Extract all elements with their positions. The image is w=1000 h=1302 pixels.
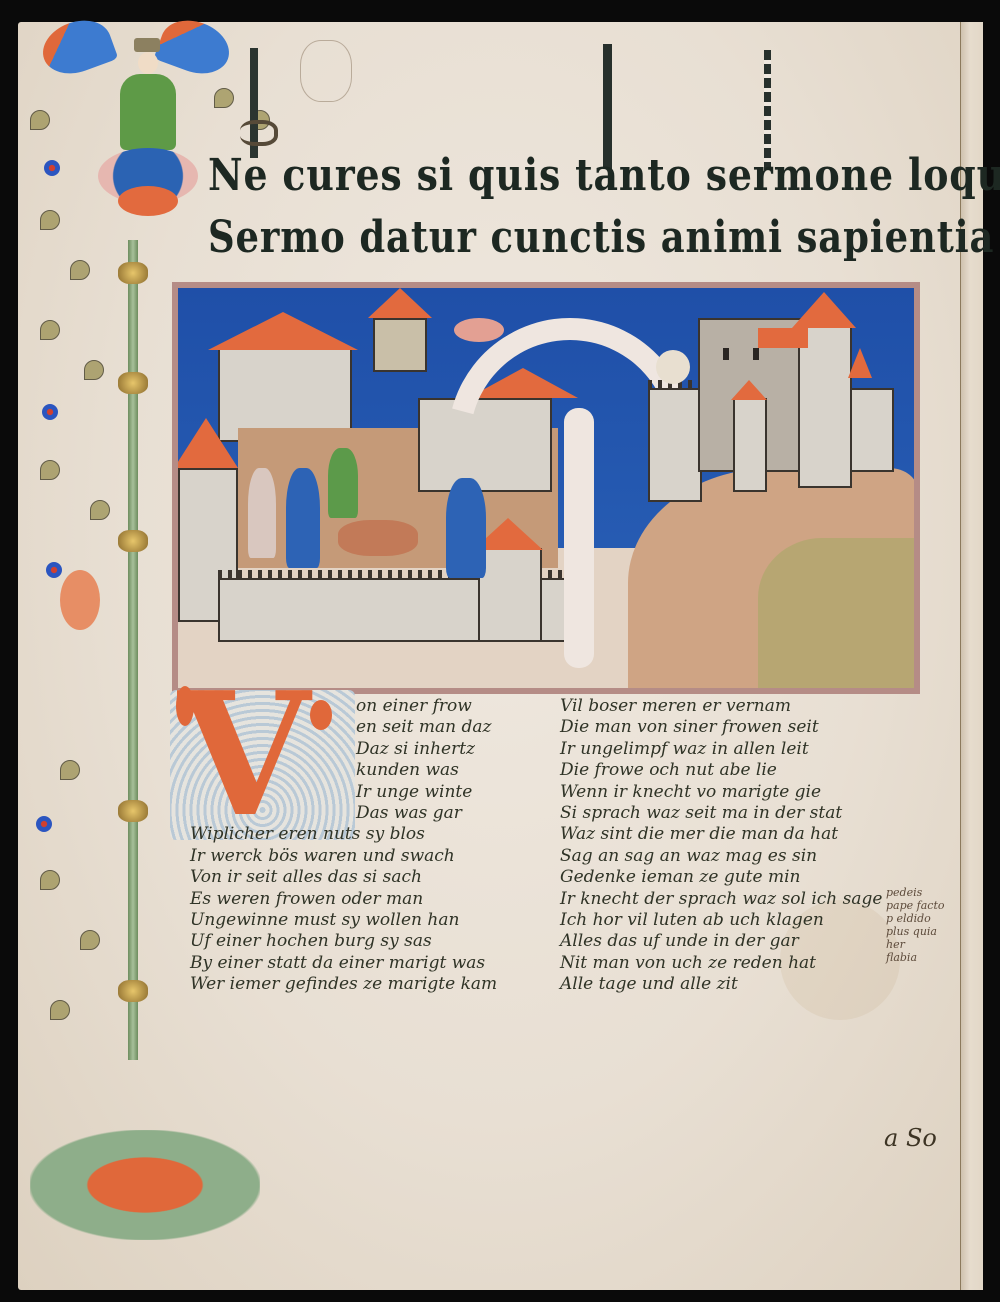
lady-in-tower-icon	[656, 350, 690, 384]
leaf-icon	[50, 1000, 70, 1020]
angel-gown-icon	[120, 74, 176, 150]
figure-townsman	[248, 468, 276, 558]
verse-line: By einer statt da einer marigt was	[190, 953, 497, 974]
banderole-end	[454, 318, 504, 342]
border-stem	[128, 240, 138, 1060]
marginal-sketch-icon	[300, 40, 352, 102]
blue-flower-icon	[36, 816, 52, 832]
verse-line: Wenn ir knecht vo marigte gie	[560, 782, 882, 803]
leaf-icon	[40, 460, 60, 480]
leaf-icon	[40, 210, 60, 230]
gold-knot-icon	[118, 800, 148, 822]
leaf-icon	[30, 110, 50, 130]
leaf-icon	[84, 360, 104, 380]
verse-line: Uf einer hochen burg sy sas	[190, 931, 497, 952]
header-line-2: Sermo datur cunctis animi sapientia pauc…	[208, 212, 1000, 263]
verse-line: Waz sint die mer die man da hat	[560, 824, 882, 845]
castle-spire	[848, 348, 872, 378]
marginal-note-line: flabia	[886, 951, 944, 964]
gold-knot-icon	[118, 372, 148, 394]
verse-line: kunden was	[190, 760, 497, 781]
town-tower-roof	[368, 288, 432, 318]
catchword: a So	[884, 1124, 937, 1152]
castle-tower-left	[648, 388, 702, 502]
blue-flower-icon	[44, 160, 60, 176]
leaf-icon	[214, 88, 234, 108]
verse-line: Ir werck bös waren und swach	[190, 846, 497, 867]
castle-roof-tiles	[758, 328, 808, 348]
town-tower	[373, 318, 427, 372]
castle-small-roof	[731, 380, 767, 400]
castle-tower-roof	[792, 292, 856, 328]
verse-line: Ir unge winte	[190, 782, 497, 803]
hill-grass	[758, 538, 918, 688]
verse-line: Daz si inhertz	[190, 739, 497, 760]
verse-line: en seit man daz	[190, 717, 497, 738]
leaf-icon	[40, 320, 60, 340]
leaf-icon	[40, 870, 60, 890]
town-roof	[208, 312, 358, 350]
figure-blue-robe	[286, 468, 320, 568]
verse-line: Alles das uf unde in der gar	[560, 931, 882, 952]
verse-line: Ir knecht der sprach waz sol ich sage	[560, 889, 882, 910]
angel-face-icon	[138, 52, 158, 74]
leaf-icon	[70, 260, 90, 280]
leaf-icon	[80, 930, 100, 950]
marginal-note-line: pedeis	[886, 886, 944, 899]
verse-line: Alle tage und alle zit	[560, 974, 882, 995]
crown-icon	[134, 38, 160, 52]
gate-tower-roof	[174, 418, 238, 468]
verse-line: Vil boser meren er vernam	[560, 696, 882, 717]
castle-window	[753, 348, 759, 360]
dragon-figure-icon	[30, 1130, 260, 1240]
marginal-note-line: p eldido	[886, 912, 944, 925]
figure-green-robe	[328, 448, 358, 518]
verse-line: Wiplicher eren nuts sy blos	[190, 824, 497, 845]
acanthus-orange-icon	[118, 186, 178, 216]
verse-line: Die frowe och nut abe lie	[560, 760, 882, 781]
verse-line: Wer iemer gefindes ze marigte kam	[190, 974, 497, 995]
verse-line: Das was gar	[190, 803, 497, 824]
verse-line: Ich hor vil luten ab uch klagen	[560, 910, 882, 931]
header-line-1: Ne cures si quis tanto sermone loquatur	[208, 150, 1000, 201]
blue-flower-icon	[42, 404, 58, 420]
gold-knot-icon	[118, 262, 148, 284]
marginal-note: pedeis pape facto p eldido plus quia her…	[886, 886, 944, 964]
verse-line: Von ir seit alles das si sach	[190, 867, 497, 888]
verse-line: on einer frow	[190, 696, 497, 717]
verse-line: Die man von siner frowen seit	[560, 717, 882, 738]
verse-line: Ir ungelimpf waz in allen leit	[560, 739, 882, 760]
castle-tower-right	[798, 324, 852, 488]
banderole-scroll-tail	[564, 408, 594, 668]
text-column-right: Vil boser meren er vernam Die man von si…	[560, 696, 882, 995]
ascender-flourish	[240, 120, 278, 146]
gold-knot-icon	[118, 530, 148, 552]
horse-icon	[338, 520, 418, 556]
blue-flower-icon	[46, 562, 62, 578]
marginal-note-line: pape facto	[886, 899, 944, 912]
verse-line: Nit man von uch ze reden hat	[560, 953, 882, 974]
verse-line: Sag an sag an waz mag es sin	[560, 846, 882, 867]
text-column-left: on einer frow en seit man daz Daz si inh…	[190, 696, 497, 995]
leaf-icon	[60, 760, 80, 780]
castle-gate	[850, 388, 894, 472]
castle-tower-small	[733, 398, 767, 492]
verse-line: Si sprach waz seit ma in der stat	[560, 803, 882, 824]
marginal-note-line: her	[886, 938, 944, 951]
gold-knot-icon	[118, 980, 148, 1002]
verse-line: Es weren frowen oder man	[190, 889, 497, 910]
leaf-icon	[90, 500, 110, 520]
castle-window	[723, 348, 729, 360]
corner-tower	[478, 548, 542, 642]
marginal-note-line: plus quia	[886, 925, 944, 938]
mermaid-figure-icon	[60, 570, 100, 630]
miniature-illustration	[172, 282, 920, 694]
verse-line: Ungewinne must sy wollen han	[190, 910, 497, 931]
verse-line: Gedenke ieman ze gute min	[560, 867, 882, 888]
